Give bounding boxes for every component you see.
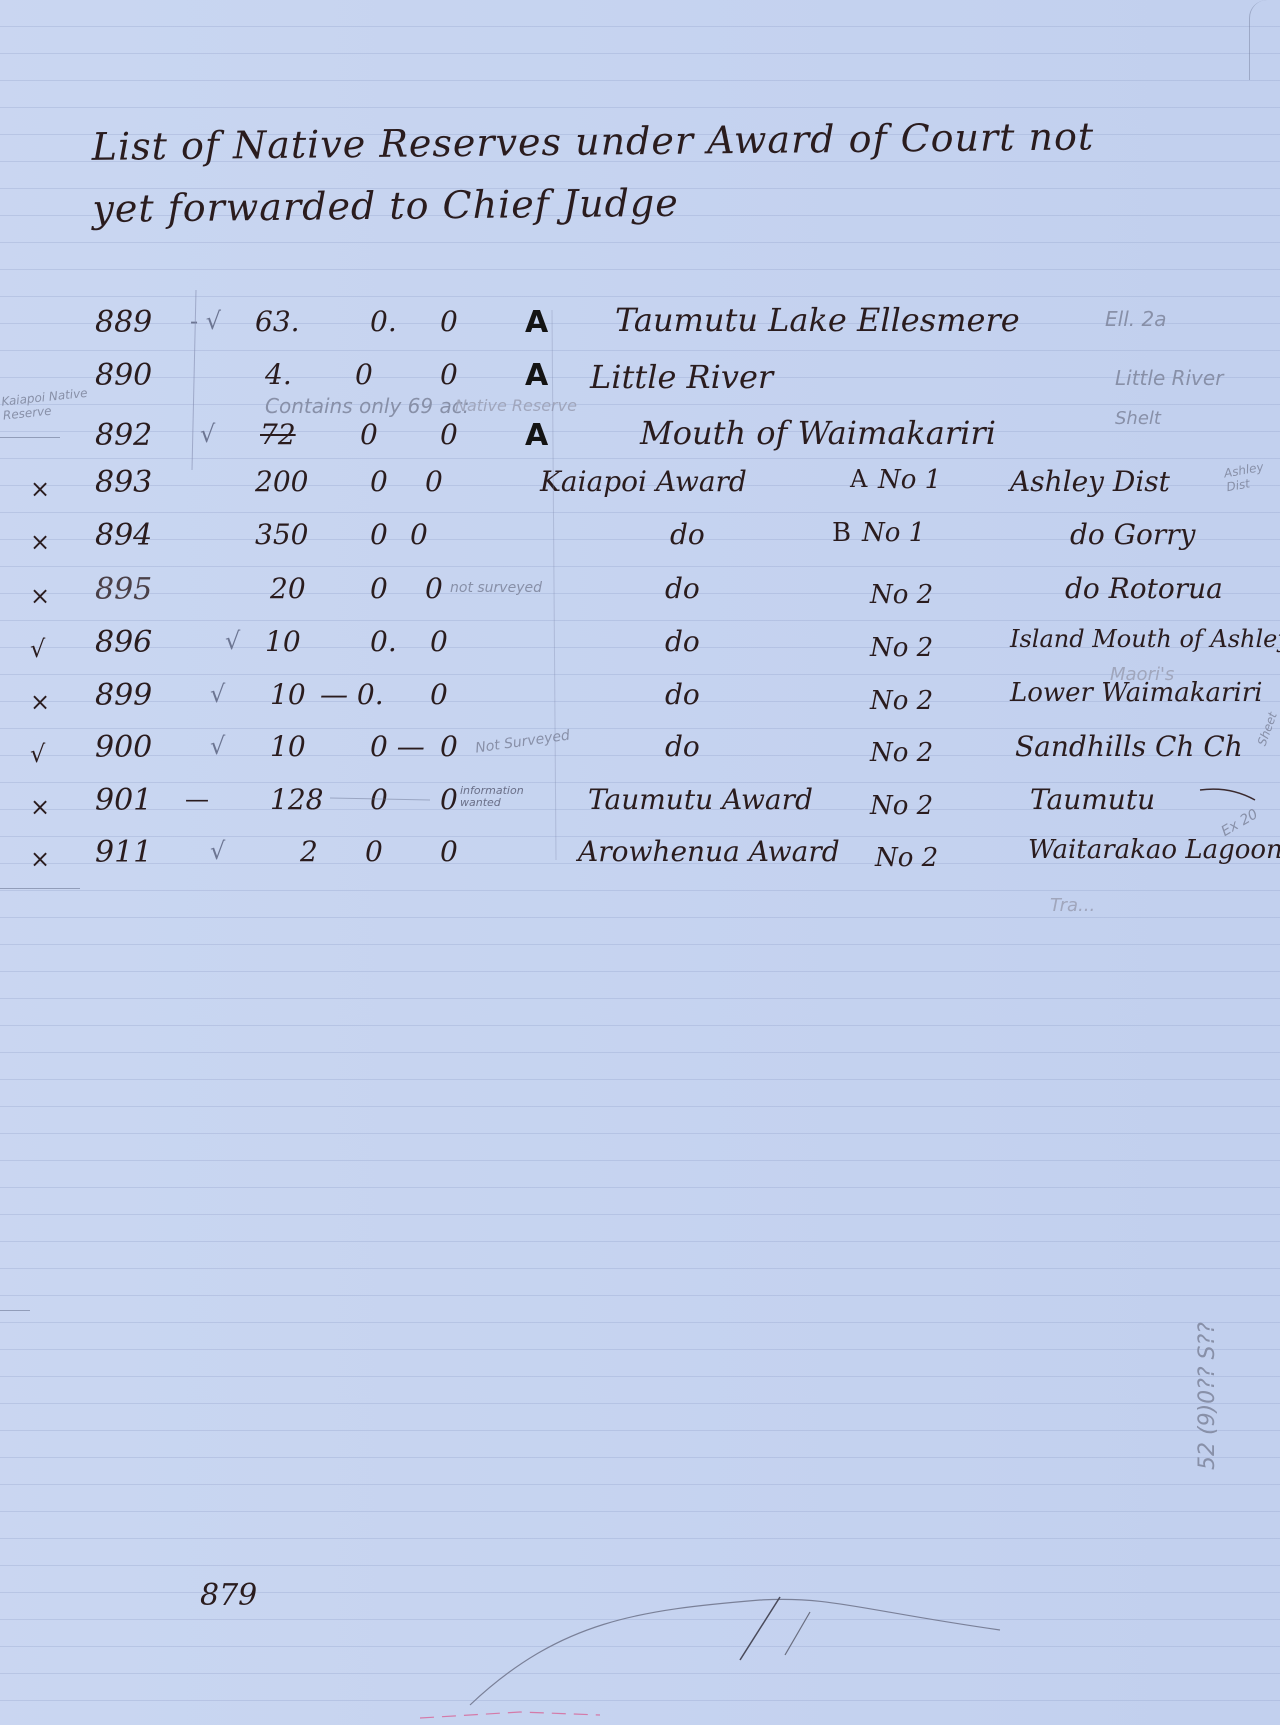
- place: do Gorry: [1070, 518, 1196, 551]
- reserve-number: 911: [95, 835, 152, 870]
- reserve-number: 894: [95, 518, 152, 553]
- description: do: [665, 572, 700, 605]
- margin-rule: [0, 888, 80, 889]
- award-number: No 2: [875, 843, 938, 873]
- reserve-number: 889: [95, 305, 152, 340]
- description: Mouth of Waimakariri: [640, 414, 996, 452]
- class-letter: A: [525, 305, 548, 340]
- roods: 0: [370, 783, 388, 816]
- table-row: × 893 200 0 0 Kaiapoi Award A No 1 Ashle…: [0, 465, 1280, 517]
- perches: 0: [440, 358, 458, 391]
- pencil-note: Contains only 69 ac:: [265, 394, 469, 418]
- pencil-note-2: Native Reserve: [455, 396, 577, 415]
- award-number: No 2: [870, 791, 933, 821]
- place: Island Mouth of Ashley: [1010, 625, 1280, 653]
- row-mark: √: [30, 635, 45, 663]
- row-mark: ×: [30, 582, 50, 610]
- row-mark: ×: [30, 793, 50, 821]
- acres: 72: [260, 418, 296, 451]
- acres: 10: [270, 678, 306, 711]
- acres: 128: [270, 783, 323, 816]
- table-row: × 911 √ 2 0 0 Arowhenua Award No 2 Waita…: [0, 835, 1280, 887]
- perches: 0: [425, 572, 443, 605]
- description: Little River: [590, 358, 773, 396]
- perches: 0: [410, 518, 428, 551]
- reserve-number: 893: [95, 465, 152, 500]
- table-row: √ 896 √ 10 0. 0 do No 2 Island Mouth of …: [0, 625, 1280, 677]
- award-letter: A: [850, 465, 867, 493]
- perches: 0: [440, 783, 458, 816]
- table-row: 890 4. 0 0 A Little River Little River: [0, 358, 1280, 410]
- acres: 2: [300, 835, 318, 868]
- perches: 0: [440, 418, 458, 451]
- perches: 0: [440, 730, 458, 763]
- margin-rule: [0, 437, 60, 438]
- award-number: No 2: [870, 580, 933, 610]
- roods: 0 —: [370, 730, 425, 763]
- pencil-note: Not Surveyed: [474, 727, 570, 756]
- margin-note: Shelt: [1115, 408, 1161, 429]
- acres: 20: [270, 572, 306, 605]
- perches: 0: [425, 465, 443, 498]
- reserve-number: 899: [95, 678, 152, 713]
- pencil-note: not surveyed: [450, 580, 542, 596]
- row-mark: ×: [30, 688, 50, 716]
- margin-note: Little River: [1115, 366, 1223, 390]
- check-tick: √: [210, 680, 225, 708]
- award-number: No 2: [870, 686, 933, 716]
- reserve-number: 892: [95, 418, 152, 453]
- description: Arowhenua Award: [578, 835, 840, 868]
- pencil-note: information wanted: [460, 785, 540, 809]
- title-line-2: yet forwarded to Chief Judge: [92, 166, 1213, 240]
- roods: 0: [370, 518, 388, 551]
- check-tick: √: [210, 732, 225, 760]
- row-mark: ×: [30, 845, 50, 873]
- check-tick: √: [200, 420, 215, 448]
- place: do Rotorua: [1065, 572, 1223, 605]
- acres: 200: [255, 465, 308, 498]
- acres: 10: [270, 730, 306, 763]
- table-row: × 901 — 128 0 0 information wanted Taumu…: [0, 783, 1280, 835]
- check-tick: √: [210, 837, 225, 865]
- reserve-number: 901: [95, 783, 152, 818]
- place: Waitarakao Lagoon: [1028, 835, 1280, 865]
- roods: — 0.: [320, 678, 384, 711]
- description: do: [665, 730, 700, 763]
- roods: 0: [355, 358, 373, 391]
- table-row: × 899 √ 10 — 0. 0 do No 2 Lower Waimakar…: [0, 678, 1280, 730]
- perches: 0: [430, 625, 448, 658]
- reserve-number: 895: [95, 572, 152, 607]
- place: Taumutu: [1030, 783, 1155, 816]
- document-page: List of Native Reserves under Award of C…: [0, 0, 1280, 1725]
- class-letter: A: [525, 418, 548, 453]
- reserve-number: 896: [95, 625, 152, 660]
- class-letter: A: [525, 358, 548, 393]
- table-row: Kaiapoi Native Reserve 892 √ Contains on…: [0, 418, 1280, 470]
- below-note: Tra...: [1050, 895, 1095, 916]
- description: Taumutu Lake Ellesmere: [615, 301, 1020, 339]
- description: Taumutu Award: [588, 783, 813, 816]
- row-mark: ×: [30, 475, 50, 503]
- check-tick: √: [225, 627, 240, 655]
- place: Ashley Dist: [1010, 465, 1170, 498]
- row-mark: √: [30, 740, 45, 768]
- perches: 0: [430, 678, 448, 711]
- award-number: No 2: [870, 633, 933, 663]
- margin-note: Ashley Dist: [1223, 460, 1267, 495]
- award-letter: B: [832, 518, 851, 548]
- table-row: × 895 20 0 0 not surveyed do No 2 do Rot…: [0, 572, 1280, 624]
- roods: 0: [365, 835, 383, 868]
- check-tick: —: [185, 785, 209, 813]
- margin-note: Maori's: [1110, 664, 1174, 685]
- margin-note: Ell. 2a: [1105, 307, 1166, 331]
- roods: 0.: [370, 305, 397, 338]
- roods: 0: [370, 572, 388, 605]
- row-mark: ×: [30, 528, 50, 556]
- roods: 0.: [370, 625, 397, 658]
- title-line-1: List of Native Reserves under Award of C…: [91, 104, 1212, 178]
- table-row: × 894 350 0 0 do B No 1 do Gorry: [0, 518, 1280, 570]
- perches: 0: [440, 835, 458, 868]
- vertical-margin-note: 52 (9)0?? S??: [1195, 1170, 1220, 1470]
- table-row: 889 - √ 63. 0. 0 A Taumutu Lake Ellesmer…: [0, 305, 1280, 357]
- folio-number: 879: [200, 1578, 257, 1613]
- margin-rule: [0, 1310, 30, 1311]
- place: Sandhills Ch Ch: [1015, 730, 1243, 763]
- perches: 0: [440, 305, 458, 338]
- description: do: [665, 678, 700, 711]
- acres: 10: [265, 625, 301, 658]
- corner-fold: [1249, 0, 1280, 80]
- check-tick: - √: [190, 307, 221, 335]
- reserve-number: 900: [95, 730, 152, 765]
- acres: 350: [255, 518, 308, 551]
- acres: 63.: [255, 305, 300, 338]
- roods: 0: [360, 418, 378, 451]
- description: do: [665, 625, 700, 658]
- award-number: No 1: [862, 518, 925, 548]
- award-number: No 1: [878, 465, 941, 495]
- roods: 0: [370, 465, 388, 498]
- table-row: √ 900 √ 10 0 — 0 Not Surveyed do No 2 Sa…: [0, 730, 1280, 782]
- acres: 4.: [265, 358, 292, 391]
- description: Kaiapoi Award: [540, 465, 747, 498]
- document-title: List of Native Reserves under Award of C…: [91, 104, 1212, 240]
- description: do: [670, 518, 705, 551]
- reserve-number: 890: [95, 358, 152, 393]
- award-number: No 2: [870, 738, 933, 768]
